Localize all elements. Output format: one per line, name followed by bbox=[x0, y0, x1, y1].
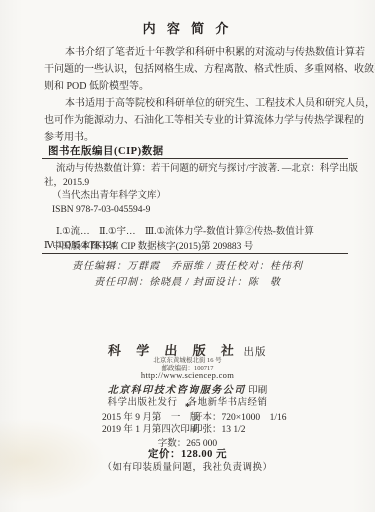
format-size: 开本：720×1000 1/16 bbox=[193, 412, 287, 424]
summary-paragraph-line: 干问题的一些认识，包括网格生成、方程离散、格式性质、多重网格、收敛准 bbox=[44, 61, 348, 78]
summary-paragraph-line: 本书适用于高等院校和科研单位的研究生、工程技术人员和研究人员， bbox=[44, 95, 348, 112]
cip-heading: 图书在版编目(CIP)数据 bbox=[48, 143, 164, 158]
content-summary-body: 本书介绍了笔者近十年教学和科研中积累的对流动与传热数值计算若 干问题的一些认识，… bbox=[44, 44, 348, 146]
cip-record-line: 社，2015.9 bbox=[44, 177, 354, 191]
publisher-website: http://www.sciencep.com bbox=[0, 370, 375, 380]
print-design-credit-line: 责任印制：徐晓晨 / 封面设计：陈 敬 bbox=[0, 275, 375, 291]
first-edition-date: 2015 年 9 月第 一 版 bbox=[102, 412, 193, 424]
summary-paragraph-line: 也可作为能源动力、石油化工等相关专业的计算流体力学与传热学课程的 bbox=[44, 112, 348, 129]
edition-info: 2015 年 9 月第 一 版 开本：720×1000 1/16 2019 年 … bbox=[102, 412, 282, 436]
cip-registration-number: 中国版本图书馆 CIP 数据核字(2015)第 209883 号 bbox=[52, 238, 253, 252]
book-copyright-page: 内 容 简 介 本书介绍了笔者近十年教学和科研中积累的对流动与传热数值计算若 干… bbox=[0, 0, 375, 512]
horizontal-rule-top bbox=[42, 158, 348, 159]
content-summary-heading: 内 容 简 介 bbox=[0, 18, 375, 37]
editor-credit-line: 责任编辑：万群霞 乔丽维 / 责任校对：桂伟利 bbox=[0, 259, 375, 275]
edition-row: 2015 年 9 月第 一 版 开本：720×1000 1/16 bbox=[102, 412, 282, 424]
summary-paragraph-line: 则和 POD 低阶模型等。 bbox=[44, 78, 348, 95]
cip-record-line: 流动与传热数值计算：若干问题的研究与探讨/宇波著. —北京：科学出版 bbox=[44, 163, 354, 177]
horizontal-rule-bottom bbox=[42, 253, 348, 254]
summary-paragraph-line: 本书介绍了笔者近十年教学和科研中积累的对流动与传热数值计算若 bbox=[44, 44, 348, 61]
staff-credits: 责任编辑：万群霞 乔丽维 / 责任校对：桂伟利 责任印制：徐晓晨 / 封面设计：… bbox=[0, 259, 375, 291]
cip-series: （当代杰出青年科学文库） bbox=[44, 190, 354, 204]
cip-isbn: ISBN 978-7-03-045594-9 bbox=[44, 204, 354, 218]
quality-notice: （如有印装质量问题，我社负责调换） bbox=[0, 459, 375, 473]
